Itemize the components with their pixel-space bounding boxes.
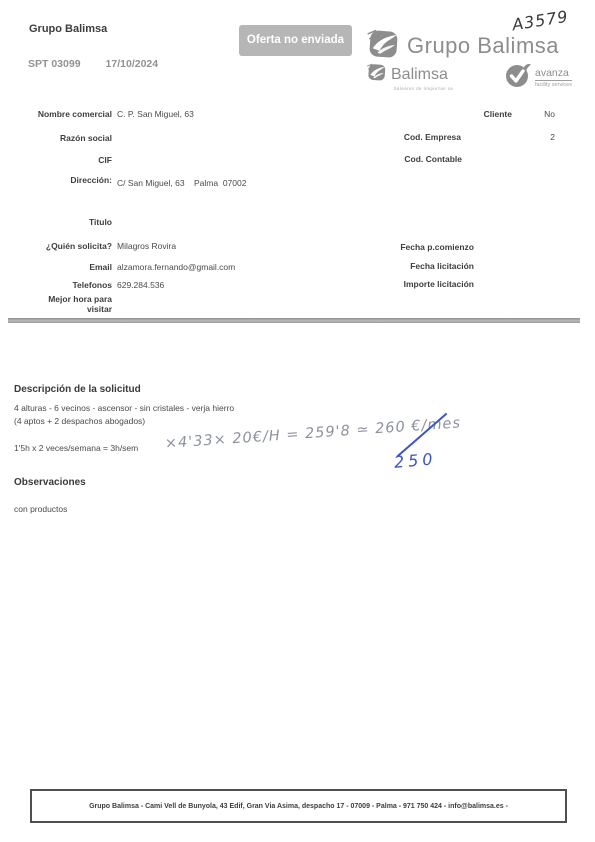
field-label: Titulo — [0, 217, 112, 227]
grupo-balimsa-logo: Grupo Balimsa — [366, 27, 559, 65]
field-titulo: Titulo — [0, 217, 117, 227]
field-label: Telefonos — [0, 280, 112, 290]
description-heading: Descripción de la solicitud — [14, 384, 141, 395]
field-value: C. P. San Miguel, 63 — [117, 109, 194, 119]
avanza-logo-tagline: facility services — [535, 82, 572, 88]
description-line-3: 1'5h x 2 veces/semana = 3h/sem — [14, 443, 138, 453]
field-value-cliente: No — [544, 109, 555, 119]
field-label: Dirección: — [0, 175, 112, 188]
avanza-logo-text-block: avanza facility services — [535, 68, 572, 89]
field-label-importe-licitacion: Importe licitación — [404, 279, 474, 289]
offer-date: 17/10/2024 — [106, 58, 159, 70]
offer-reference: SPT 03099 — [28, 58, 81, 70]
balimsa-logo-icon — [366, 27, 400, 65]
balimsa-logo-tagline: baleares de limpiezas sa — [394, 86, 453, 91]
field-label: Razón social — [0, 133, 112, 143]
field-nombre-comercial: Nombre comercial C. P. San Miguel, 63 — [0, 109, 194, 119]
field-value: C/ San Miguel, 63 Palma 07002 — [117, 178, 246, 188]
handwritten-crossed-value: 260 — [375, 419, 407, 437]
field-label-cod-empresa: Cod. Empresa — [404, 132, 461, 142]
offer-reference-row: SPT 03099 17/10/2024 — [28, 58, 158, 70]
footer-contact-line: Grupo Balimsa - Cami Vell de Bunyola, 43… — [89, 803, 508, 810]
field-value: alzamora.fernando@gmail.com — [117, 262, 235, 272]
field-razon-social: Razón social — [0, 133, 117, 143]
field-label: Nombre comercial — [0, 109, 112, 119]
field-label-fecha-comienzo: Fecha p.comienzo — [400, 242, 474, 252]
field-label: ¿Quién solicita? — [0, 241, 112, 251]
balimsa-logo-icon — [366, 62, 387, 87]
offer-document-page: Grupo Balimsa SPT 03099 17/10/2024 Ofert… — [0, 0, 595, 842]
checkmark-circle-icon — [505, 63, 531, 93]
field-label: Mejor hora para visitar — [30, 294, 112, 314]
observations-text: con productos — [14, 504, 67, 514]
avanza-logo: avanza facility services — [505, 63, 572, 93]
field-quien-solicita: ¿Quién solicita? Milagros Rovira — [0, 241, 176, 251]
avanza-logo-text: avanza — [535, 68, 572, 82]
description-line-2: (4 aptos + 2 despachos abogados) — [14, 416, 145, 426]
field-label-fecha-licitacion: Fecha licitación — [410, 261, 474, 271]
field-label: CIF — [0, 155, 112, 165]
field-value-cod-empresa: 2 — [550, 132, 555, 142]
balimsa-logo: Balimsa — [366, 62, 448, 87]
status-badge: Oferta no enviada — [239, 25, 352, 56]
field-telefonos: Telefonos 629.284.536 — [0, 280, 164, 290]
handwritten-corrected-value: 250 — [393, 449, 437, 472]
field-value: 629.284.536 — [117, 280, 164, 290]
company-title: Grupo Balimsa — [29, 23, 107, 35]
field-label-cliente: Cliente — [484, 109, 512, 119]
field-value: Milagros Rovira — [117, 241, 176, 251]
field-label-cod-contable: Cod. Contable — [404, 154, 462, 164]
field-email: Email alzamora.fernando@gmail.com — [0, 262, 235, 272]
handwritten-calc-text: ×4'33× 20€/H = 259'8 ≃ — [164, 421, 375, 452]
description-line-1: 4 alturas - 6 vecinos - ascensor - sin c… — [14, 403, 234, 413]
field-label: Email — [0, 262, 112, 272]
field-direccion: Dirección: C/ San Miguel, 63 Palma 07002 — [0, 175, 246, 188]
observations-heading: Observaciones — [14, 477, 86, 488]
grupo-balimsa-logo-text: Grupo Balimsa — [407, 33, 559, 59]
footer-box: Grupo Balimsa - Cami Vell de Bunyola, 43… — [30, 789, 567, 823]
section-divider-bar — [8, 318, 580, 323]
field-cif: CIF — [0, 155, 117, 165]
balimsa-logo-text: Balimsa — [391, 66, 448, 84]
field-mejor-hora: Mejor hora para visitar — [0, 294, 117, 314]
handwritten-calculation: ×4'33× 20€/H = 259'8 ≃ 260 €/mes — [164, 415, 461, 452]
